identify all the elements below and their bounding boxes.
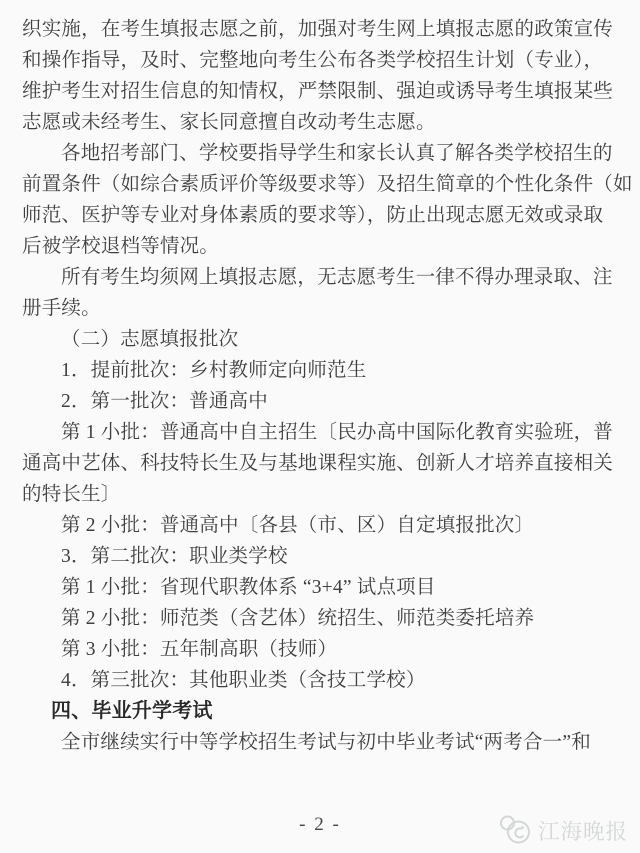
doc-list-item: 第 2 小批：普通高中〔各县（市、区）自定填报批次〕 xyxy=(22,510,632,541)
doc-line: 通高中艺体、科技特长生及与基地课程实施、创新人才培养直接相关 xyxy=(22,448,632,479)
publisher-watermark: 江海晚报 xyxy=(497,812,628,848)
doc-list-item: 3．第二批次：职业类学校 xyxy=(22,541,632,572)
doc-line: 的特长生〕 xyxy=(22,479,632,510)
doc-list-item: 4．第三批次：其他职业类（含技工学校） xyxy=(22,665,632,696)
doc-line: 所有考生均须网上填报志愿，无志愿考生一律不得办理录取、注 xyxy=(22,262,632,293)
doc-list-item: 第 2 小批：师范类（含艺体）统招生、师范类委托培养 xyxy=(22,603,632,634)
doc-list-item: 2．第一批次：普通高中 xyxy=(22,386,632,417)
doc-list-item: 第 1 小批：省现代职教体系 “3+4” 试点项目 xyxy=(22,572,632,603)
doc-line: 前置条件（如综合素质评价等级要求等）及招生简章的个性化条件（如 xyxy=(22,169,632,200)
doc-line: 志愿或未经考生、家长同意擅自改动考生志愿。 xyxy=(22,107,632,138)
doc-line: 师范、医护等专业对身体素质的要求等），防止出现志愿无效或录取 xyxy=(22,200,632,231)
doc-line: 后被学校退档等情况。 xyxy=(22,231,632,262)
scanned-document-page: 织实施，在考生填报志愿之前，加强对考生网上填报志愿的政策宣传 和操作指导，及时、… xyxy=(0,0,640,853)
doc-list-item: 第 3 小批：五年制高职（技师） xyxy=(22,634,632,665)
doc-line: 册手续。 xyxy=(22,293,632,324)
doc-line: 维护考生对招生信息的知情权，严禁限制、强迫或诱导考生填报某些 xyxy=(22,76,632,107)
document-text-block: 织实施，在考生填报志愿之前，加强对考生网上填报志愿的政策宣传 和操作指导，及时、… xyxy=(22,14,632,758)
doc-line: 全市继续实行中等学校招生考试与初中毕业考试“两考合一”和 xyxy=(22,727,632,758)
doc-list-item: 第 1 小批：普通高中自主招生〔民办高中国际化教育实验班，普 xyxy=(22,417,632,448)
doc-line: 和操作指导，及时、完整地向考生公布各类学校招生计划（专业）， xyxy=(22,45,632,76)
watermark-label: 江海晚报 xyxy=(538,815,628,846)
doc-line: 各地招考部门、学校要指导学生和家长认真了解各类学校招生的 xyxy=(22,138,632,169)
doc-line: 织实施，在考生填报志愿之前，加强对考生网上填报志愿的政策宣传 xyxy=(22,14,632,45)
jianghai-logo-icon xyxy=(497,812,533,848)
doc-list-item: 1．提前批次：乡村教师定向师范生 xyxy=(22,355,632,386)
doc-section-label: （二）志愿填报批次 xyxy=(22,324,632,355)
doc-section-heading: 四、毕业升学考试 xyxy=(22,696,632,727)
